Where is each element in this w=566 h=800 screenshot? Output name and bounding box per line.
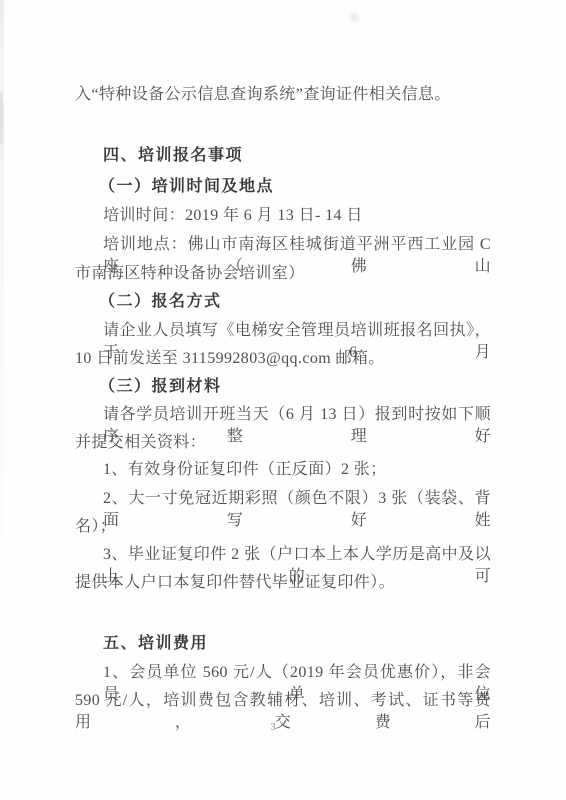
document-page: 入“特种设备公示信息查询系统”查询证件相关信息。 四、培训报名事项 （一）培训时… — [0, 0, 566, 800]
training-time-line: 培训时间：2019 年 6 月 13 日- 14 日 — [103, 205, 363, 227]
section4-heading: 四、培训报名事项 — [103, 145, 243, 167]
section4-sub1-heading: （一）培训时间及地点 — [99, 176, 274, 198]
scan-dot-artifact — [348, 11, 360, 23]
material-item-3-line-2: 提供本人户口本复印件替代毕业证复印件）。 — [75, 572, 395, 594]
material-item-2-line-2: 名）； — [75, 516, 116, 538]
material-item-1: 1、有效身份证复印件（正反面）2 张； — [103, 459, 387, 481]
training-place-line-2: 市南海区特种设备协会培训室） — [75, 263, 305, 285]
material-item-2-line-1: 2、大一寸免冠近期彩照（颜色不限）3 张（装袋、背面写好姓 — [103, 488, 491, 532]
materials-intro-line-2: 并提交相关资料： — [75, 432, 206, 454]
signup-line-2: 10 日前发送至 3115992803@qq.com 邮箱。 — [75, 348, 385, 370]
scan-edge-artifact — [0, 0, 4, 560]
page-number: 3 — [255, 721, 291, 733]
scan-smudge-artifact — [0, 92, 3, 144]
section5-heading: 五、培训费用 — [103, 633, 208, 655]
section4-sub2-heading: （二）报名方式 — [99, 291, 222, 313]
section4-sub3-heading: （三）报到材料 — [99, 376, 222, 398]
continuation-line: 入“特种设备公示信息查询系统”查询证件相关信息。 — [75, 84, 451, 106]
